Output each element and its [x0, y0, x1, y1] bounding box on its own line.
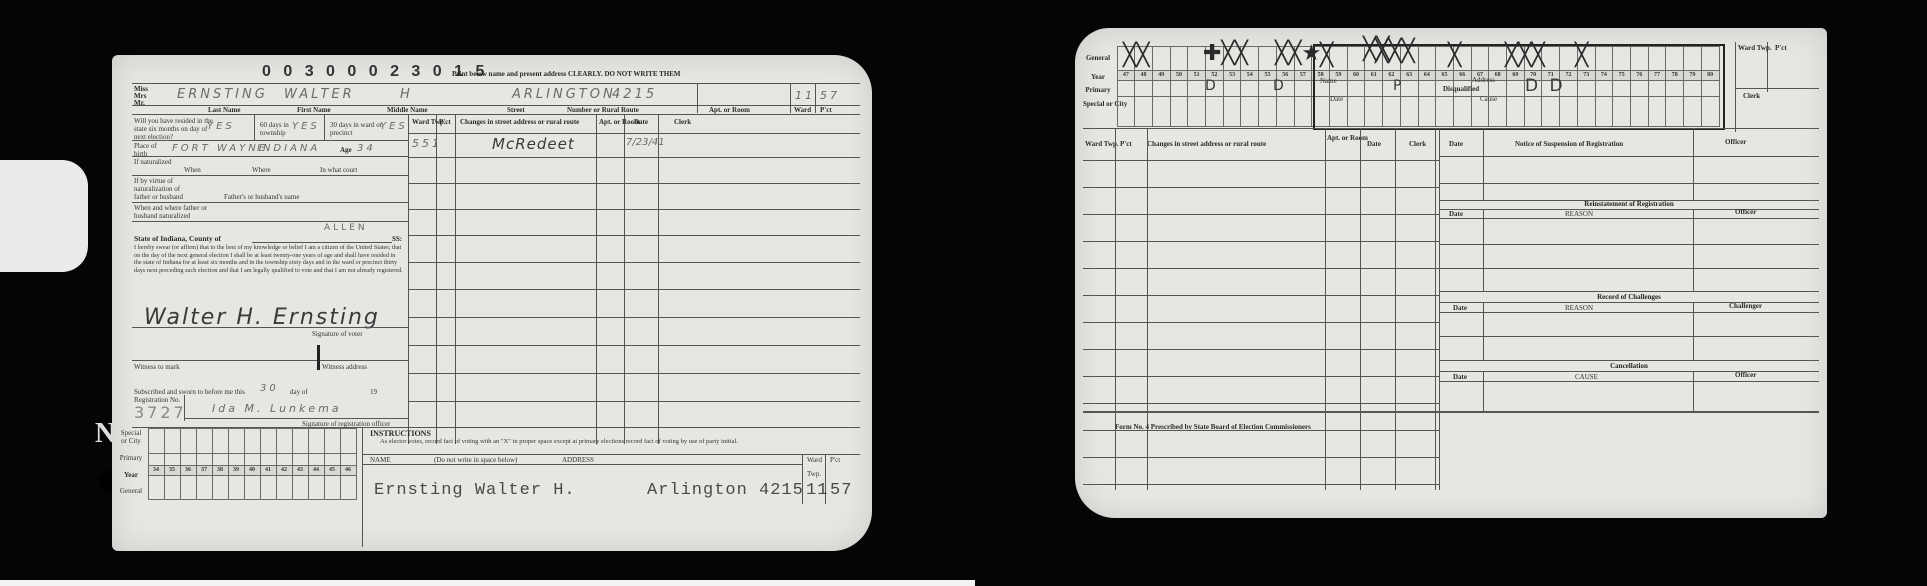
vote-cell — [1152, 46, 1171, 71]
father-naturalized-label: When and where father or husband natural… — [134, 204, 224, 220]
right-pct-label: P'ct — [1775, 44, 1787, 52]
film-strip-edge — [0, 580, 975, 586]
grid-label-primary: Primary — [118, 454, 144, 462]
primary-mark-54: D — [1273, 78, 1287, 94]
oath-heading: State of Indiana, County of — [134, 235, 221, 243]
vote-cell — [1170, 46, 1189, 71]
overlay-disqualified-label: Disqualified — [1443, 85, 1479, 93]
overlay-date-label: Date — [1330, 95, 1343, 103]
witness-mark-label: Witness to mark — [134, 363, 180, 371]
vote-cell — [1240, 96, 1259, 127]
middle-name-value: H — [400, 87, 413, 102]
naturalized-label: If naturalized — [134, 158, 174, 166]
officer-signature: Ida M. Lunkema — [212, 402, 342, 415]
ward-label: Ward — [794, 106, 811, 114]
birth-state: INDIANA — [257, 143, 320, 154]
county-value: ALLEN — [324, 223, 368, 233]
challenges-header-challenger: Challenger — [1729, 302, 1762, 310]
typed-pct: 57 — [830, 481, 852, 500]
registration-card-front: 0 0 3 0 0 0 2 3 0 1 5 Print below name a… — [112, 55, 872, 551]
middle-name-label: Middle Name — [387, 106, 428, 114]
grid-label-general: General — [118, 487, 144, 495]
naturalized-where: Where — [252, 166, 271, 174]
reinstatement-header-reason: REASON — [1565, 210, 1593, 218]
street-label: Street — [507, 106, 525, 114]
cancellation-header-officer: Officer — [1735, 371, 1756, 379]
registration-card-back: General Year Primary Special or City 474… — [1075, 28, 1827, 518]
cancellation-header-cause: CAUSE — [1575, 373, 1598, 381]
left-voting-grid: 34353637383940414243444546 — [148, 428, 356, 499]
overlay-address-label: Address — [1472, 76, 1495, 84]
changes-header-date: Date — [1367, 140, 1381, 148]
changes-header-date: Date — [634, 118, 648, 126]
header-instruction: Print below name and present address CLE… — [452, 70, 681, 78]
pct-label: P'ct — [820, 106, 832, 114]
grid-label-year: Year — [118, 471, 144, 479]
changes-header-pct: P'ct — [439, 118, 451, 126]
oath-text: I hereby swear (or affirm) that to the b… — [134, 244, 404, 274]
changes-header-apt: Apt. or Room — [1327, 134, 1353, 142]
challenges-title: Record of Challenges — [1439, 293, 1819, 301]
changes-row-1-ward: 551 — [412, 137, 442, 150]
residency-answer-ward: YES — [380, 121, 408, 132]
typed-ward: 11 — [806, 481, 828, 500]
first-name-value: WALTER — [284, 87, 355, 102]
overlay-cause-label: Cause — [1480, 95, 1497, 103]
changes-header-pct: P'ct — [1120, 140, 1132, 148]
reinstatement-title: Reinstatement of Registration — [1439, 200, 1819, 208]
footer-address-label: ADDRESS — [562, 456, 594, 464]
footer-note: (Do not write in space below) — [434, 456, 517, 464]
grid-label-primary: Primary — [1083, 86, 1113, 94]
adjacent-card-edge — [0, 160, 88, 272]
vote-cell — [1294, 96, 1313, 127]
challenges-header-reason: REASON — [1565, 304, 1593, 312]
typed-name: Ernsting Walter H. — [374, 481, 576, 500]
instructions-text: As elector votes, record fact of voting … — [380, 438, 815, 446]
vote-cell — [1276, 96, 1295, 127]
vote-cell — [1152, 96, 1171, 127]
vote-cell — [1117, 80, 1136, 97]
precinct-value: 57 — [820, 89, 840, 102]
number-value: 4215 — [612, 87, 657, 102]
last-name-label: Last Name — [208, 106, 240, 114]
naturalized-court: In what court — [320, 166, 357, 174]
vote-cell — [1117, 96, 1136, 127]
footer-name-label: NAME — [370, 456, 391, 464]
vote-cell — [1294, 80, 1313, 97]
grid-label-special: Special or City — [118, 429, 144, 445]
overlay-name-label: Name — [1320, 77, 1337, 85]
vote-cell — [1187, 80, 1206, 97]
apt-label: Apt. or Room — [709, 106, 750, 114]
primary-handwritten-marks: D D — [1525, 76, 1566, 96]
vote-cell — [1258, 96, 1277, 127]
suspension-header-notice: Notice of Suspension of Registration — [1515, 140, 1623, 148]
cancellation-title: Cancellation — [1439, 362, 1819, 370]
registration-no-value: 3727 — [134, 403, 187, 422]
instructions-title: INSTRUCTIONS — [370, 430, 431, 438]
oath-ss: SS: — [392, 235, 402, 243]
naturalized-when: When — [184, 166, 201, 174]
vote-cell — [1223, 80, 1242, 97]
year-label: 19 — [370, 388, 377, 396]
vote-cell — [1170, 80, 1189, 97]
vote-cell — [1240, 80, 1259, 97]
vote-cell — [1205, 96, 1224, 127]
age-label: Age — [340, 146, 352, 154]
right-clerk-label: Clerk — [1743, 92, 1760, 100]
witness-address-label: Witness address — [322, 363, 367, 371]
form-footer: Form No. 4 Prescribed by State Board of … — [1115, 423, 1311, 431]
ward-value: 11 — [795, 89, 815, 102]
day-of-label: day of — [290, 388, 308, 396]
changes-header-clerk: Clerk — [674, 118, 691, 126]
subscribed-label: Subscribed and sworn to before me this — [134, 388, 245, 396]
signature-label: Signature of voter — [312, 330, 363, 338]
vote-cell — [1187, 96, 1206, 127]
vote-cell — [1170, 96, 1189, 127]
changes-row-1-address: McRedeet — [492, 135, 575, 153]
last-name-value: ERNSTING — [177, 87, 268, 102]
right-ward-label: Ward Twp. — [1738, 44, 1772, 52]
grid-label-year: Year — [1083, 73, 1113, 81]
cancellation-header-date: Date — [1453, 373, 1467, 381]
by-virtue-label: If by virtue of naturalization of father… — [134, 177, 196, 201]
suspension-header-officer: Officer — [1725, 138, 1746, 146]
challenges-header-date: Date — [1453, 304, 1467, 312]
suspension-header-date: Date — [1449, 140, 1463, 148]
changes-header-clerk: Clerk — [1409, 140, 1426, 148]
reinstatement-header-officer: Officer — [1735, 208, 1756, 216]
grid-label-general: General — [1083, 54, 1113, 62]
vote-cell — [1134, 96, 1153, 127]
footer-twp-label: Twp. — [807, 470, 821, 478]
age-value: 34 — [357, 143, 376, 154]
changes-row-1-date: 7/23/41 — [626, 137, 665, 148]
street-value: ARLINGTON — [512, 87, 616, 102]
residency-answer-township: YES — [292, 121, 320, 132]
primary-mark-50: D — [1205, 78, 1219, 94]
typed-address: Arlington 4215 — [647, 481, 804, 500]
number-label: Number or Rural Route — [567, 106, 639, 114]
reinstatement-header-date: Date — [1449, 210, 1463, 218]
primary-mark-62: P — [1393, 78, 1404, 94]
residency-answer-state: YES — [207, 121, 235, 132]
footer-ward-label: Ward — [807, 456, 822, 464]
grid-label-special: Special or City — [1083, 100, 1113, 108]
first-name-label: First Name — [297, 106, 331, 114]
footer-pct-label: P'ct — [830, 456, 840, 464]
vote-cell — [1152, 80, 1171, 97]
birth-city: FORT WAYNE — [172, 143, 268, 154]
changes-header-address: Changes in street address or rural route — [460, 118, 579, 126]
father-name-label: Father's or husband's name — [224, 193, 299, 201]
vote-cell — [1223, 96, 1242, 127]
subscribed-day: 30 — [260, 383, 279, 394]
vote-cell — [1134, 80, 1153, 97]
changes-header-ward: Ward Twp. — [1085, 140, 1111, 148]
changes-header-address: Changes in street address or rural route — [1147, 140, 1266, 148]
